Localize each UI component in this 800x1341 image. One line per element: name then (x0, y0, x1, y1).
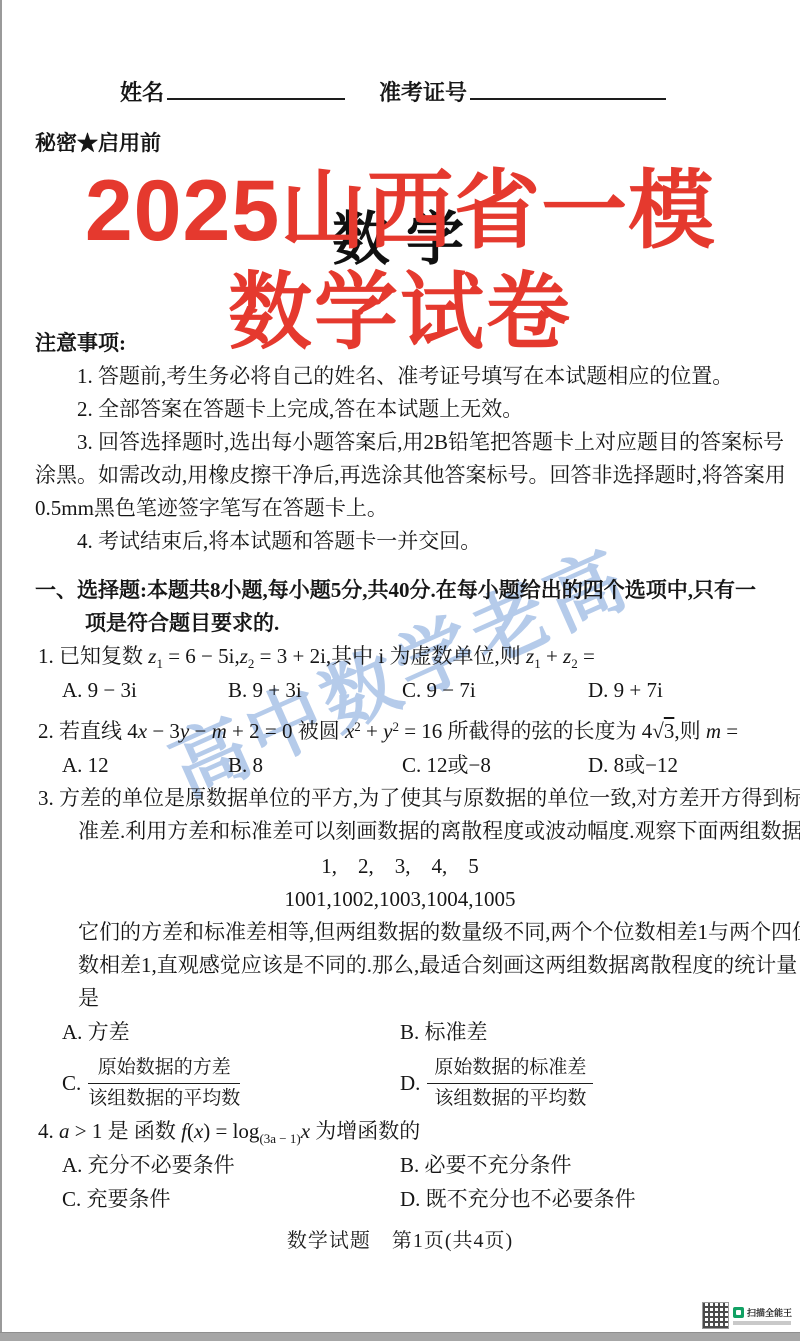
fraction-denominator: 该组数据的平均数 (427, 1084, 593, 1112)
option-d: D. 既不充分也不必要条件 (400, 1182, 800, 1216)
fraction-denominator: 该组数据的平均数 (88, 1084, 240, 1112)
option-c: C. 9 − 7i (402, 673, 588, 707)
badge-subtext-placeholder (733, 1321, 791, 1325)
overlay-title: 2025山西省一模 数学试卷 (0, 168, 800, 354)
option-b: B. 8 (228, 748, 402, 782)
fraction-numerator: 原始数据的标准差 (427, 1055, 593, 1084)
question-3-data-row2: 1001,1002,1003,1004,1005 (0, 883, 800, 916)
question-3-cont-line1: 它们的方差和标准差相等,但两组数据的数量级不同,两个个位数相差1与两个四位 (0, 916, 800, 949)
page-footer: 数学试题 第1页(共4页) (0, 1224, 800, 1253)
question-1: 1. 已知复数 z1 = 6 − 5i,z2 = 3 + 2i,其中 i 为虚数… (0, 640, 800, 707)
question-4-options-ab: A. 充分不必要条件 B. 必要不充分条件 (0, 1148, 800, 1182)
question-3-options-ab: A. 方差 B. 标准差 (0, 1015, 800, 1049)
question-2-stem: 2. 若直线 4x − 3y − m + 2 = 0 被圆 x2 + y2 = … (0, 715, 800, 748)
badge-top-row: 扫描全能王 (733, 1306, 792, 1319)
option-c: C. 充要条件 (62, 1182, 400, 1216)
exam-no-label: 准考证号 (379, 80, 467, 105)
option-c: C. 原始数据的方差 该组数据的平均数 (62, 1055, 400, 1111)
option-c-fraction: 原始数据的方差 该组数据的平均数 (88, 1055, 240, 1111)
option-d-label: D. (400, 1071, 420, 1096)
overlay-title-line1: 2025山西省一模 (0, 168, 800, 254)
question-4: 4. a > 1 是 函数 f(x) = log(3a − 1)x 为增函数的 … (0, 1115, 800, 1216)
exam-page: 高中数学老高 数学 2025山西省一模 数学试卷 姓名准考证号 秘密★启用前 注… (0, 0, 800, 1341)
scan-edge-bottom (0, 1332, 800, 1341)
option-a: A. 12 (62, 748, 228, 782)
question-3-stem-line2: 准差.利用方差和标准差可以刻画数据的离散程度或波动幅度.观察下面两组数据: (0, 815, 800, 848)
question-3-cont-line3: 是 (0, 982, 800, 1015)
notice-block: 注意事项: 1. 答题前,考生务必将自己的姓名、准考证号填写在本试题相应的位置。… (0, 327, 800, 558)
section-header-line2: 项是符合题目要求的. (0, 607, 800, 640)
notice-line-4: 涂黑。如需改动,用橡皮擦干净后,再选涂其他答案标号。回答非选择题时,将答案用 (0, 459, 800, 492)
scanner-app-icon (733, 1307, 744, 1318)
question-3: 3. 方差的单位是原数据单位的平方,为了使其与原数据的单位一致,对方差开方得到标… (0, 782, 800, 1111)
overlay-title-line2: 数学试卷 (0, 270, 800, 354)
notice-line-3: 3. 回答选择题时,选出每小题答案后,用2B铅笔把答题卡上对应题目的答案标号 (0, 426, 800, 459)
option-b: B. 标准差 (400, 1015, 800, 1049)
option-d: D. 原始数据的标准差 该组数据的平均数 (400, 1055, 800, 1111)
section-choice-header: 一、选择题:本题共8小题,每小题5分,共40分.在每小题给出的四个选项中,只有一… (0, 574, 800, 640)
option-a: A. 充分不必要条件 (62, 1148, 400, 1182)
question-2: 2. 若直线 4x − 3y − m + 2 = 0 被圆 x2 + y2 = … (0, 715, 800, 782)
option-d-fraction: 原始数据的标准差 该组数据的平均数 (427, 1055, 593, 1111)
name-blank-line (167, 76, 345, 100)
option-d: D. 9 + 7i (588, 673, 800, 707)
option-a: A. 方差 (62, 1015, 400, 1049)
notice-line-6: 4. 考试结束后,将本试题和答题卡一并交回。 (0, 525, 800, 558)
option-a: A. 9 − 3i (62, 673, 228, 707)
option-b: B. 必要不充分条件 (400, 1148, 800, 1182)
question-4-options-cd: C. 充要条件 D. 既不充分也不必要条件 (0, 1182, 800, 1216)
question-3-options-cd: C. 原始数据的方差 该组数据的平均数 D. 原始数据的标准差 该组数据的平均数 (0, 1055, 800, 1111)
candidate-info-row: 姓名准考证号 (0, 0, 800, 107)
name-label: 姓名 (120, 80, 164, 105)
question-3-stem-line1: 3. 方差的单位是原数据单位的平方,为了使其与原数据的单位一致,对方差开方得到标 (0, 782, 800, 815)
scanner-watermark-badge: 扫描全能王 (702, 1302, 792, 1329)
question-2-options: A. 12 B. 8 C. 12或−8 D. 8或−12 (0, 748, 800, 782)
option-c-label: C. (62, 1071, 81, 1096)
notice-line-5: 0.5mm黑色笔迹签字笔写在答题卡上。 (0, 492, 800, 525)
option-b: B. 9 + 3i (228, 673, 402, 707)
question-1-stem: 1. 已知复数 z1 = 6 − 5i,z2 = 3 + 2i,其中 i 为虚数… (0, 640, 800, 673)
option-d: D. 8或−12 (588, 748, 800, 782)
question-3-cont-line2: 数相差1,直观感觉应该是不同的.那么,最适合刻画这两组数据离散程度的统计量 (0, 949, 800, 982)
exam-no-blank-line (470, 76, 666, 100)
section-header-line1: 一、选择题:本题共8小题,每小题5分,共40分.在每小题给出的四个选项中,只有一 (0, 574, 800, 607)
secret-label: 秘密★启用前 (0, 127, 800, 157)
scan-edge-left (0, 0, 2, 1341)
badge-text-column: 扫描全能王 (733, 1306, 792, 1325)
question-4-stem: 4. a > 1 是 函数 f(x) = log(3a − 1)x 为增函数的 (0, 1115, 800, 1148)
question-3-data-row1: 1, 2, 3, 4, 5 (0, 850, 800, 883)
notice-line-2: 2. 全部答案在答题卡上完成,答在本试题上无效。 (0, 393, 800, 426)
notice-line-1: 1. 答题前,考生务必将自己的姓名、准考证号填写在本试题相应的位置。 (0, 360, 800, 393)
question-1-options: A. 9 − 3i B. 9 + 3i C. 9 − 7i D. 9 + 7i (0, 673, 800, 707)
fraction-numerator: 原始数据的方差 (88, 1055, 240, 1084)
option-c: C. 12或−8 (402, 748, 588, 782)
qr-code-icon (702, 1302, 729, 1329)
scanner-app-name: 扫描全能王 (747, 1306, 792, 1319)
